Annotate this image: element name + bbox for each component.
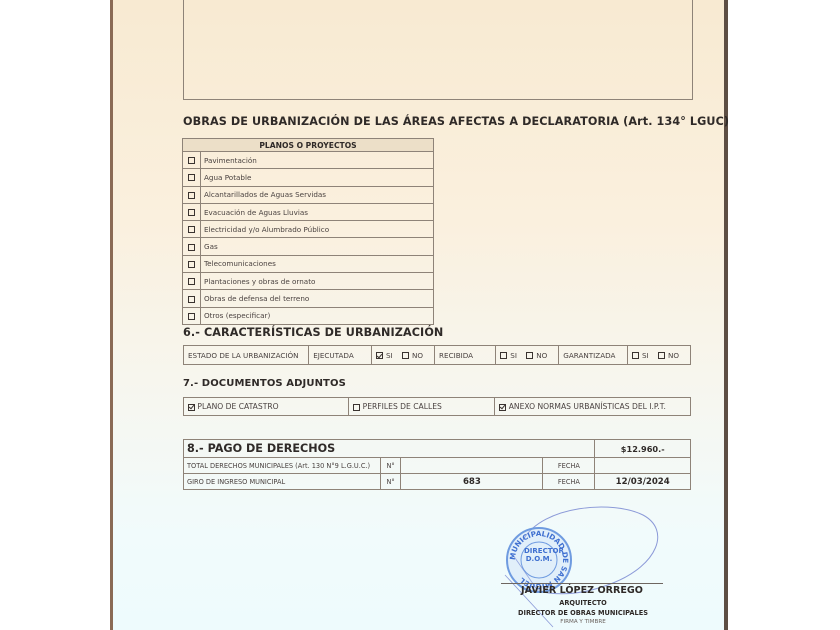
signature-caption: FIRMA Y TIMBRE <box>493 619 673 625</box>
checkbox-icon[interactable] <box>188 296 195 303</box>
planos-checkbox-cell[interactable] <box>183 203 201 220</box>
checkbox-icon[interactable] <box>188 209 195 216</box>
planos-row: Evacuación de Aguas Lluvias <box>183 203 434 220</box>
pago-n-value[interactable] <box>401 458 543 474</box>
pago-row: TOTAL DERECHOS MUNICIPALES (Art. 130 N°9… <box>184 458 691 474</box>
checkbox-icon[interactable] <box>188 278 195 285</box>
planos-row: Alcantarillados de Aguas Servidas <box>183 186 434 203</box>
signature-line <box>501 583 663 584</box>
planos-item-label: Gas <box>201 238 434 255</box>
doc-label: PLANO DE CATASTRO <box>197 402 278 411</box>
pago-table: 8.- PAGO DE DERECHOS $12.960.- TOTAL DER… <box>183 439 691 490</box>
estado-options: SI NO <box>372 346 435 365</box>
checkbox-icon[interactable] <box>402 352 409 359</box>
pago-row-label: GIRO DE INGRESO MUNICIPAL <box>184 474 381 490</box>
previous-section-box <box>183 0 693 100</box>
planos-item-label: Electricidad y/o Alumbrado Público <box>201 221 434 238</box>
estado-table: ESTADO DE LA URBANIZACIÓN EJECUTADASI NO… <box>183 345 691 365</box>
planos-row: Telecomunicaciones <box>183 255 434 272</box>
checkbox-icon[interactable] <box>188 404 195 411</box>
planos-checkbox-cell[interactable] <box>183 152 201 169</box>
checkbox-icon[interactable] <box>188 261 195 268</box>
signer-name: JAVIER LÓPEZ ORREGO <box>501 585 663 596</box>
estado-options: SI NO <box>496 346 559 365</box>
checkbox-icon[interactable] <box>376 352 383 359</box>
planos-checkbox-cell[interactable] <box>183 273 201 290</box>
stamp-center: DIRECTOR D.O.M. <box>524 547 554 573</box>
pago-fecha-label: FECHA <box>543 458 595 474</box>
section7-title: 7.- DOCUMENTOS ADJUNTOS <box>183 378 346 389</box>
planos-checkbox-cell[interactable] <box>183 221 201 238</box>
stamp-line2: D.O.M. <box>524 555 554 563</box>
planos-checkbox-cell[interactable] <box>183 307 201 324</box>
pago-fecha-value[interactable]: 12/03/2024 <box>595 474 691 490</box>
planos-item-label: Plantaciones y obras de ornato <box>201 273 434 290</box>
planos-item-label: Telecomunicaciones <box>201 255 434 272</box>
estado-options: SI NO <box>627 346 690 365</box>
planos-table: PLANOS O PROYECTOS Pavimentación Agua Po… <box>182 138 434 325</box>
planos-row: Otros (especificar) <box>183 307 434 324</box>
document-page: OBRAS DE URBANIZACIÓN DE LAS ÁREAS AFECT… <box>110 0 728 630</box>
checkbox-icon[interactable] <box>188 313 195 320</box>
checkbox-icon[interactable] <box>526 352 533 359</box>
estado-group-label: EJECUTADA <box>309 346 372 365</box>
planos-checkbox-cell[interactable] <box>183 169 201 186</box>
checkbox-icon[interactable] <box>188 174 195 181</box>
option-label: SI <box>386 351 393 360</box>
planos-row: Agua Potable <box>183 169 434 186</box>
planos-item-label: Pavimentación <box>201 152 434 169</box>
pago-n-label: N° <box>380 474 401 490</box>
estado-group-label: GARANTIZADA <box>559 346 628 365</box>
signer-role: DIRECTOR DE OBRAS MUNICIPALES <box>493 609 673 617</box>
pago-row-label: TOTAL DERECHOS MUNICIPALES (Art. 130 N°9… <box>184 458 381 474</box>
pago-amount: $12.960.- <box>595 440 691 458</box>
planos-checkbox-cell[interactable] <box>183 238 201 255</box>
option-label: NO <box>412 351 423 360</box>
pago-fecha-value[interactable] <box>595 458 691 474</box>
planos-row: Electricidad y/o Alumbrado Público <box>183 221 434 238</box>
option-label: SI <box>510 351 517 360</box>
section6-title: 6.- CARACTERÍSTICAS DE URBANIZACIÓN <box>183 326 443 339</box>
planos-row: Plantaciones y obras de ornato <box>183 273 434 290</box>
obras-section-title: OBRAS DE URBANIZACIÓN DE LAS ÁREAS AFECT… <box>183 115 729 128</box>
checkbox-icon[interactable] <box>188 192 195 199</box>
planos-item-label: Obras de defensa del terreno <box>201 290 434 307</box>
checkbox-icon[interactable] <box>188 157 195 164</box>
checkbox-icon[interactable] <box>188 244 195 251</box>
option-no[interactable]: NO <box>658 351 679 360</box>
option-label: SI <box>642 351 649 360</box>
doc-item[interactable]: ANEXO NORMAS URBANÍSTICAS DEL I.P.T. <box>495 398 691 416</box>
signer-title: ARQUITECTO <box>493 599 673 607</box>
planos-item-label: Agua Potable <box>201 169 434 186</box>
pago-n-value[interactable]: 683 <box>401 474 543 490</box>
doc-item[interactable]: PERFILES DE CALLES <box>349 398 495 416</box>
pago-row: GIRO DE INGRESO MUNICIPAL N° 683 FECHA 1… <box>184 474 691 490</box>
planos-checkbox-cell[interactable] <box>183 290 201 307</box>
doc-item[interactable]: PLANO DE CATASTRO <box>184 398 349 416</box>
stamp-line1: DIRECTOR <box>524 547 554 555</box>
planos-item-label: Alcantarillados de Aguas Servidas <box>201 186 434 203</box>
option-label: NO <box>668 351 679 360</box>
option-si[interactable]: SI <box>632 351 649 360</box>
option-no[interactable]: NO <box>402 351 423 360</box>
pago-n-label: N° <box>380 458 401 474</box>
planos-item-label: Evacuación de Aguas Lluvias <box>201 203 434 220</box>
planos-row: Obras de defensa del terreno <box>183 290 434 307</box>
option-no[interactable]: NO <box>526 351 547 360</box>
planos-row: Pavimentación <box>183 152 434 169</box>
docs-table: PLANO DE CATASTRO PERFILES DE CALLES ANE… <box>183 397 691 416</box>
checkbox-icon[interactable] <box>353 404 360 411</box>
planos-header: PLANOS O PROYECTOS <box>183 139 434 152</box>
checkbox-icon[interactable] <box>500 352 507 359</box>
pago-fecha-label: FECHA <box>543 474 595 490</box>
checkbox-icon[interactable] <box>658 352 665 359</box>
option-si[interactable]: SI <box>500 351 517 360</box>
estado-label: ESTADO DE LA URBANIZACIÓN <box>184 346 309 365</box>
option-si[interactable]: SI <box>376 351 393 360</box>
checkbox-icon[interactable] <box>632 352 639 359</box>
planos-checkbox-cell[interactable] <box>183 255 201 272</box>
option-label: NO <box>536 351 547 360</box>
planos-checkbox-cell[interactable] <box>183 186 201 203</box>
planos-row: Gas <box>183 238 434 255</box>
section8-title: 8.- PAGO DE DERECHOS <box>184 440 595 458</box>
planos-item-label: Otros (especificar) <box>201 307 434 324</box>
doc-label: PERFILES DE CALLES <box>363 402 442 411</box>
doc-label: ANEXO NORMAS URBANÍSTICAS DEL I.P.T. <box>509 402 666 411</box>
estado-group-label: RECIBIDA <box>435 346 496 365</box>
checkbox-icon[interactable] <box>499 404 506 411</box>
checkbox-icon[interactable] <box>188 226 195 233</box>
